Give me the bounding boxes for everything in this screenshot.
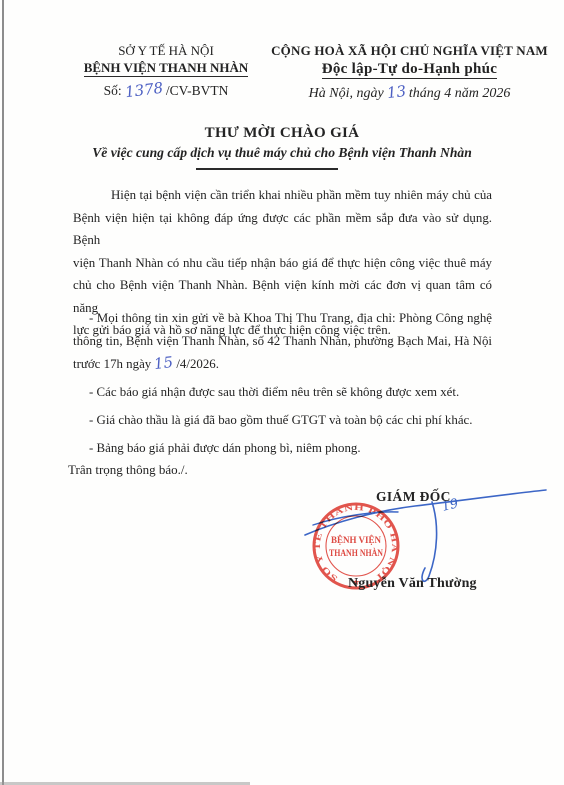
document-title: THƯ MỜI CHÀO GIÁ [0,125,564,142]
signer-name: Nguyễn Văn Thường [348,576,477,592]
header-national-block: CỘNG HOÀ XÃ HỘI CHỦ NGHĨA VIỆT NAM Độc l… [262,42,557,102]
deadline-day-handwritten: 15 [153,351,175,376]
issuer-authority: SỞ Y TẾ HÀ NỘI [68,42,264,59]
date-suffix: tháng 4 năm 2026 [409,86,511,101]
document-number-handwritten: 1378 [124,79,164,102]
document-number-suffix: /CV-BVTN [166,83,229,98]
issuer-org: BỆNH VIỆN THANH NHÀN [68,59,264,76]
paragraph-line: viện Thanh Nhàn có nhu cầu tiếp nhận báo… [73,252,492,275]
scan-edge-line [2,0,4,785]
paragraph-line: thông tin, Bệnh viện Thanh Nhàn, số 42 T… [73,330,492,353]
national-motto-line2: Độc lập-Tự do-Hạnh phúc [262,60,557,79]
signature-handwritten-mark: 19 [440,496,460,515]
header-issuer-block: SỞ Y TẾ HÀ NỘI BỆNH VIỆN THANH NHÀN Số:1… [68,42,264,99]
signature-flourish [305,490,546,535]
signature-curve [313,512,398,525]
paragraph-line: Hiện tại bệnh viện cần triển khai nhiều … [73,184,492,207]
deadline-suffix: /4/2026. [176,357,219,371]
paragraph-line: trước 17h ngày15/4/2026. [73,352,492,376]
paragraph-line: Bệnh viện hiện tại không đáp ứng được cá… [73,207,492,252]
date-day-handwritten: 13 [386,82,407,102]
national-motto-line1: CỘNG HOÀ XÃ HỘI CHỦ NGHĨA VIỆT NAM [262,42,557,59]
bullet-note: - Các báo giá nhận được sau thời điểm nê… [89,381,509,404]
signature-descender [422,502,437,581]
paragraph-line: - Mọi thông tin xin gửi về bà Khoa Thị T… [73,307,492,330]
paragraph-contact: - Mọi thông tin xin gửi về bà Khoa Thị T… [73,307,492,376]
document-number-line: Số:1378/CV-BVTN [68,81,264,99]
subtitle-underline [196,168,338,170]
date-line: Hà Nội, ngày13tháng 4 năm 2026 [262,83,557,102]
document-page: SỞ Y TẾ HÀ NỘI BỆNH VIỆN THANH NHÀN Số:1… [0,0,564,785]
document-subtitle: Về việc cung cấp dịch vụ thuê máy chủ ch… [0,145,564,161]
date-prefix: Hà Nội, ngày [309,86,384,101]
deadline-prefix: trước 17h ngày [73,357,151,371]
bullet-note: - Giá chào thầu là giá đã bao gồm thuế G… [89,409,509,432]
closing-line: Trân trọng thông báo./. [68,462,188,478]
document-number-label: Số: [104,83,122,98]
bullet-note: - Bảng báo giá phải được dán phong bì, n… [89,437,509,460]
